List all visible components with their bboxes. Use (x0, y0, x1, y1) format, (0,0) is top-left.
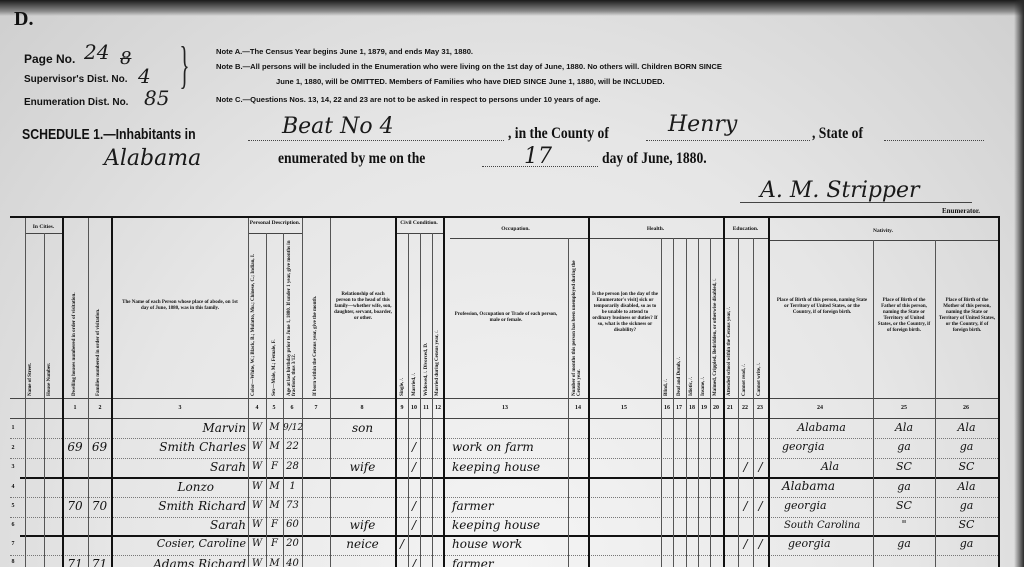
mother-birthplace: SC (935, 460, 998, 474)
father-birthplace: SC (873, 499, 935, 513)
col-family-header: Families numbered in order of visitation… (96, 309, 101, 396)
col-sickness-header: Is the person [on the day of the Enumera… (592, 292, 658, 334)
mother-birthplace: SC (935, 518, 998, 532)
note-b-line2: June 1, 1880, will be OMITTED. Members o… (276, 77, 665, 86)
birthplace: georgia (788, 537, 872, 551)
cannot-write-mark: / (753, 537, 768, 551)
person-name: Marvin (114, 421, 246, 435)
scan-right-edge (1014, 0, 1024, 567)
day-value: 17 (524, 144, 552, 169)
note-c: Note C.—Questions Nos. 13, 14, 22 and 23… (216, 95, 600, 104)
col-no-5: 5 (264, 405, 284, 411)
col-married-year-header: Married during Census year, /. (435, 330, 440, 396)
col-house-header: House Number. (47, 363, 52, 396)
color: W (248, 537, 266, 551)
family-number: 69 (88, 440, 111, 454)
color: W (248, 460, 266, 474)
enumerator-label: Enumerator. (942, 207, 980, 215)
col-deaf-header: Deaf and Dumb, /. (677, 357, 682, 396)
dwelling-number: 70 (62, 499, 88, 513)
line-number: 4 (8, 484, 18, 490)
col-cannot-read-header: Cannot read, /. (742, 364, 747, 396)
birthplace: South Carolina (784, 519, 872, 533)
mother-birthplace: Ala (935, 421, 998, 435)
col-color-header: Color—White, W.; Black, B.; Mulatto, Mu.… (251, 246, 256, 396)
cannot-read-mark: / (738, 537, 753, 551)
sex: M (266, 480, 283, 494)
col-no-23: 23 (750, 405, 770, 411)
col-blind-header: Blind, /. (664, 379, 669, 396)
county-value: Henry (668, 112, 737, 137)
col-insane-header: Insane, /. (701, 377, 706, 396)
person-name: Sarah (114, 518, 246, 532)
father-birthplace: Ala (873, 421, 935, 435)
occupation: farmer (452, 557, 566, 567)
father-birthplace: ga (873, 537, 935, 551)
cannot-read-mark: / (738, 460, 753, 474)
color: W (248, 518, 266, 532)
col-school-header: Attended school within the Census year, … (727, 307, 732, 396)
group-in-cities: In Cities. (25, 224, 62, 230)
corner-letter: D. (14, 8, 33, 31)
relationship: son (330, 421, 395, 435)
col-no-26: 26 (956, 405, 976, 411)
age: 73 (283, 499, 302, 513)
col-no-8: 8 (352, 405, 372, 411)
note-b-line1: Note B.—All persons will be included in … (216, 62, 722, 71)
sex: F (266, 518, 283, 532)
occupation: farmer (452, 499, 566, 513)
day-suffix: day of June, 1880. (602, 150, 707, 168)
col-street-header: Name of Street. (28, 363, 33, 396)
age: 20 (283, 537, 302, 551)
person-name: Adams Richard (114, 557, 246, 567)
col-no-14: 14 (568, 405, 588, 411)
birthplace: Alabama (770, 421, 873, 435)
color: W (248, 480, 266, 494)
sex: M (266, 499, 283, 513)
col-no-7: 7 (306, 405, 326, 411)
col-no-2: 2 (90, 405, 110, 411)
col-widowed-header: Widowed, /. Divorced, D. (424, 343, 429, 396)
page-no-label: Page No. (24, 52, 75, 66)
line-number: 7 (8, 541, 18, 547)
header-brace: } (179, 40, 189, 92)
col-no-25: 25 (894, 405, 914, 411)
sex: M (266, 421, 283, 435)
enumerator-signature: A. M. Stripper (760, 178, 920, 203)
relationship: wife (330, 460, 395, 474)
married-mark: / (408, 460, 420, 474)
age: 40 (283, 557, 302, 567)
birthplace: georgia (784, 499, 872, 513)
single-mark: / (396, 537, 408, 551)
col-name-header: The Name of each Person whose place of a… (118, 300, 242, 312)
page-no-alt-value: 8 (120, 48, 131, 69)
col-sex-header: Sex—Male, M.; Female, F. (272, 339, 277, 396)
married-mark: / (408, 499, 420, 513)
page-no-value: 24 (84, 40, 109, 64)
father-birthplace: ga (873, 440, 935, 454)
col-occupation-header: Profession, Occupation or Trade of each … (450, 312, 562, 324)
cannot-write-mark: / (753, 460, 768, 474)
group-nativity: Nativity. (768, 228, 998, 234)
group-occupation: Occupation. (443, 226, 588, 232)
age: 22 (283, 440, 302, 454)
supervisor-dist-label: Supervisor's Dist. No. (24, 74, 128, 85)
group-education: Education. (723, 226, 768, 232)
married-mark: / (408, 557, 420, 567)
scan-top-edge (0, 0, 1024, 16)
married-mark: / (408, 440, 420, 454)
cannot-write-mark: / (753, 499, 768, 513)
line-number: 3 (8, 464, 18, 470)
col-no-12: 12 (428, 405, 448, 411)
group-civil: Civil Condition. (395, 220, 443, 226)
col-idiotic-header: Idiotic, /. (689, 377, 694, 396)
col-single-header: Single, /. (400, 378, 405, 396)
county-label: , in the County of (508, 125, 609, 143)
father-birthplace: SC (873, 460, 935, 474)
sex: M (266, 557, 283, 567)
mother-birthplace: Ala (935, 480, 998, 494)
family-number: 71 (88, 557, 111, 567)
occupation: house work (452, 537, 566, 551)
census-page: D. Page No. 24 8 Supervisor's Dist. No. … (0, 0, 1024, 567)
line-number: 6 (8, 522, 18, 528)
birthplace: Alabama (782, 479, 872, 493)
state-line-end (884, 136, 984, 141)
enumerated-label: enumerated by me on the (278, 150, 425, 168)
group-personal: Personal Description. (248, 220, 302, 226)
col-mother-birth-header: Place of Birth of the Mother of this per… (938, 298, 996, 334)
col-maimed-header: Maimed, Crippled, Bedridden, or otherwis… (713, 278, 718, 396)
note-a: Note A.—The Census Year begins June 1, 1… (216, 47, 473, 56)
line-number: 2 (8, 445, 18, 451)
col-cannot-write-header: Cannot write, /. (757, 363, 762, 396)
cannot-read-mark: / (738, 499, 753, 513)
col-no-24: 24 (810, 405, 830, 411)
dwelling-number: 69 (62, 440, 88, 454)
col-month-header: If born within the Census year, give the… (313, 296, 318, 396)
col-relationship-header: Relationship of each person to the head … (334, 292, 392, 322)
col-unemployed-header: Number of months this person has been un… (572, 246, 582, 396)
enumeration-dist-value: 85 (144, 86, 169, 110)
age: 9/12 (283, 421, 302, 435)
age: 1 (283, 480, 302, 494)
state-value: Alabama (104, 146, 201, 171)
married-mark: / (408, 518, 420, 532)
occupation: work on farm (452, 440, 566, 454)
group-health: Health. (588, 226, 723, 232)
line-number: 1 (8, 425, 18, 431)
supervisor-dist-value: 4 (138, 64, 151, 88)
place-value: Beat No 4 (282, 114, 394, 139)
col-no-13: 13 (495, 405, 515, 411)
col-father-birth-header: Place of Birth of the Father of this per… (876, 298, 932, 334)
birthplace: georgia (782, 440, 872, 454)
mother-birthplace: ga (935, 440, 998, 454)
dwelling-number: 71 (62, 557, 88, 567)
age: 60 (283, 518, 302, 532)
col-married-header: Married, /. (412, 373, 417, 396)
col-dwelling-header: Dwelling houses numbered in order of vis… (72, 292, 77, 396)
col-no-15: 15 (614, 405, 634, 411)
state-label: , State of (812, 125, 863, 143)
relationship: wife (330, 518, 395, 532)
family-number: 70 (88, 499, 111, 513)
col-no-6: 6 (282, 405, 302, 411)
col-age-header: Age at last birthday prior to June 1, 18… (287, 236, 297, 396)
line-number: 8 (8, 559, 18, 565)
col-no-3: 3 (170, 405, 190, 411)
person-name: Sarah (114, 460, 246, 474)
sex: F (266, 460, 283, 474)
schedule-title: SCHEDULE 1.—Inhabitants in (22, 126, 196, 143)
occupation: keeping house (452, 518, 566, 532)
person-name: Smith Charles (114, 440, 246, 454)
col-birthplace-header: Place of Birth of this person, naming St… (774, 298, 870, 316)
age: 28 (283, 460, 302, 474)
person-name: Smith Richard (114, 499, 246, 513)
enumeration-dist-label: Enumeration Dist. No. (24, 97, 128, 108)
person-name: Lonzo (114, 480, 214, 494)
sex: M (266, 440, 283, 454)
color: W (248, 557, 266, 567)
relationship: neice (330, 537, 395, 551)
line-number: 5 (8, 503, 18, 509)
col-no-1: 1 (65, 405, 85, 411)
father-birthplace: " (873, 518, 935, 532)
color: W (248, 499, 266, 513)
occupation: keeping house (452, 460, 566, 474)
mother-birthplace: ga (935, 499, 998, 513)
color: W (248, 421, 266, 435)
mother-birthplace: ga (935, 537, 998, 551)
father-birthplace: ga (873, 480, 935, 494)
color: W (248, 440, 266, 454)
person-name: Cosier, Caroline (114, 537, 246, 551)
sex: F (266, 537, 283, 551)
table-top-rule (10, 216, 1000, 218)
signature-line (740, 202, 972, 203)
birthplace: Ala (790, 460, 870, 474)
